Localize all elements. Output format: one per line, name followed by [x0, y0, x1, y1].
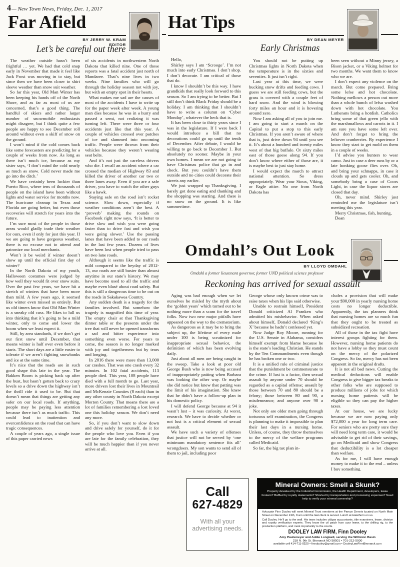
hat-tips-column-2: You should not be putting up Christmas l… — [249, 58, 323, 238]
paper-sheet: 4— New Town News, Friday, Dec. 1, 2017 F… — [0, 0, 400, 567]
dean-meyer-photo — [347, 9, 379, 51]
omdahl-column-3: cludes a provision that will make your $… — [331, 293, 398, 471]
omdahl-byline: BY LLOYD OMDAHL — [240, 264, 347, 269]
mineral-ad-body: Advocate Finn Dooley will meet Mineral T… — [258, 509, 397, 545]
lloyd-omdahl-photo — [351, 239, 382, 282]
far-afield-title: Far Afield — [8, 13, 86, 31]
far-afield-column-1: The weather outside hasn’t been frightfu… — [6, 58, 80, 561]
omdahl-tagline: Omdahl a former lieutenant governor, for… — [167, 271, 347, 276]
omdahl-column-2: George whose only known crime was to rai… — [249, 293, 323, 471]
hat-tips-column-3: been seen without a Minny jersey, a Biso… — [331, 58, 398, 238]
call-ad-phone-number: 627-4829 — [187, 498, 248, 511]
mineral-owners-ad: Mineral Owners: Smell a Skunk? Property … — [257, 478, 398, 551]
far-afield-rule — [8, 35, 126, 36]
hat-tips-byline: BY DEAN MEYER — [250, 38, 344, 43]
call-advertising-ad: Call 627-4829 With all your advertising … — [186, 478, 249, 551]
hat-tips-title: Hat Tips — [168, 13, 235, 31]
newspaper-page: 4— New Town News, Friday, Dec. 1, 2017 F… — [0, 0, 400, 567]
mineral-ad-firm-name: DOOLEY LAW FIRM, Finn Dooley — [262, 529, 393, 535]
omdahl-column-1: Aging was bad enough when we let ourselv… — [167, 293, 241, 471]
omdahl-rule-end — [384, 260, 398, 261]
mineral-ad-subhead: Property devalued by the Industrial Comm… — [261, 490, 394, 501]
mineral-ad-header-band: Mineral Owners: Smell a Skunk? Property … — [258, 479, 397, 509]
far-afield-column-2: of six accidents in northwestern North D… — [85, 58, 159, 532]
portrait-glasses-man — [353, 241, 381, 281]
hat-tips-rule — [168, 35, 344, 36]
mineral-ad-contact: available cell 414-711-0520 • finndooley… — [262, 542, 393, 545]
mineral-ad-headline: Mineral Owners: Smell a Skunk? — [261, 481, 394, 489]
call-ad-tagline: With all your advertising needs. — [187, 518, 248, 532]
far-afield-rule-end — [162, 34, 166, 35]
omdahl-rule — [167, 262, 347, 263]
portrait-cowboy-hat-man — [349, 11, 378, 50]
omdahl-subhead: Reckoning has arrived for sexual assault — [167, 279, 398, 290]
hat-tips-rule-end — [381, 34, 398, 35]
omdahl-title: Omdahl’s Out Look — [185, 242, 335, 258]
mineral-ad-paragraphs: Advocate Finn Dooley will meet Mineral T… — [262, 511, 393, 529]
call-ad-line1: Call — [187, 485, 248, 498]
hat-tips-subhead: Early Christmas — [250, 43, 330, 54]
hat-tips-column-1: Hello,Shirley says I am ‘Scrooge’. I’m n… — [167, 57, 241, 238]
far-afield-subhead: Let’s be careful out there — [8, 44, 154, 55]
